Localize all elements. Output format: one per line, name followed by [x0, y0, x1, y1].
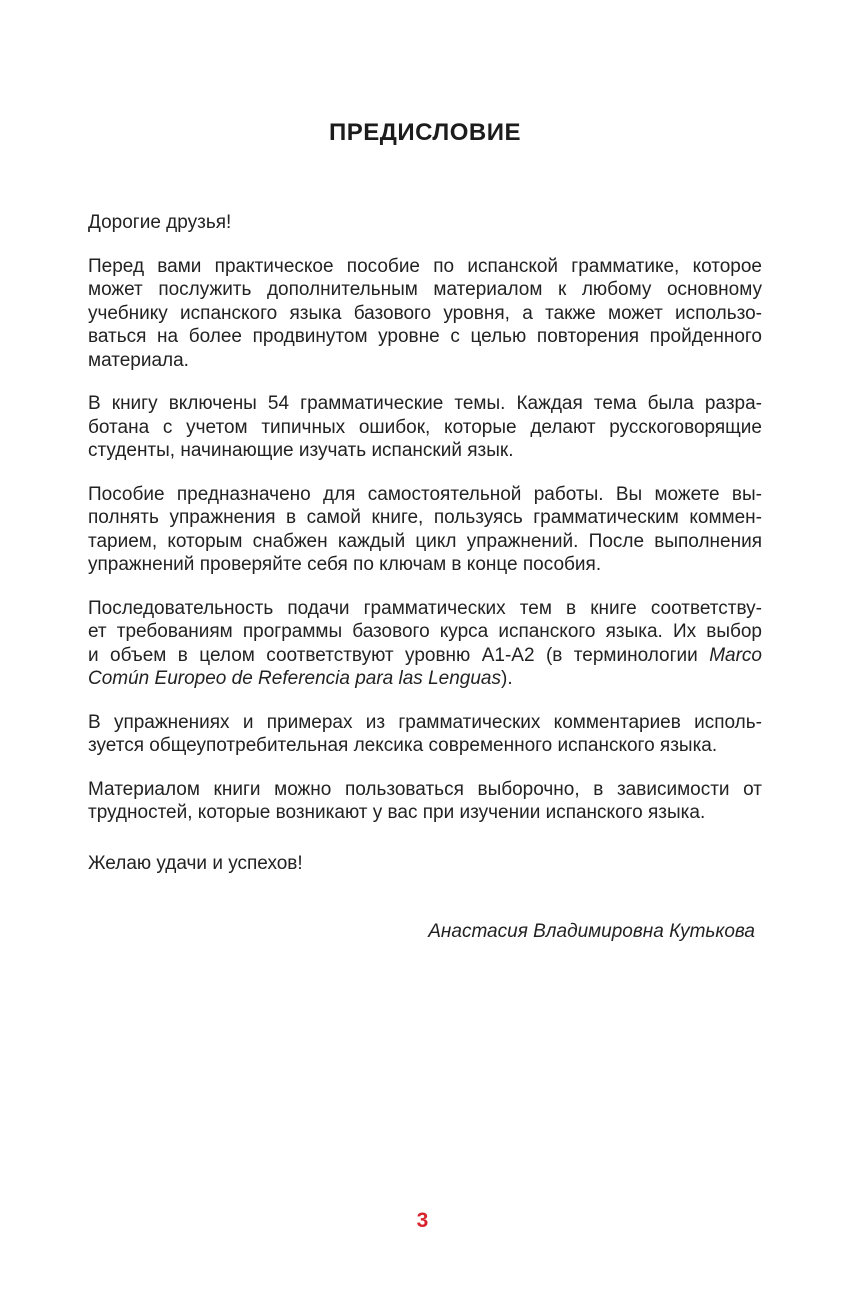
paragraph: Последовательность подачи грамматических… — [88, 597, 762, 691]
greeting-line: Дорогие друзья! — [88, 211, 762, 235]
text-line: учебнику испанского языка базового уровн… — [88, 302, 762, 326]
text-line: зуется общеупотребительная лексика совре… — [88, 734, 762, 758]
text-segment: студенты, начинающие изучать испанский я… — [88, 440, 513, 461]
preface-paragraphs: Перед вами практическое пособие по испан… — [88, 255, 762, 825]
text-line: материала. — [88, 349, 762, 373]
text-segment: полнять упражнения в самой книге, пользу… — [88, 507, 762, 528]
preface-content: ПРЕДИСЛОВИЕ Дорогие друзья! Перед вами п… — [88, 0, 762, 944]
text-segment: и объем в целом соответствуют уровню A1-… — [88, 645, 709, 666]
book-page: ПРЕДИСЛОВИЕ Дорогие друзья! Перед вами п… — [0, 0, 845, 1312]
italic-segment: Marco — [709, 645, 762, 666]
text-segment: Пособие предназначено для самостоятельно… — [88, 484, 762, 505]
page-title: ПРЕДИСЛОВИЕ — [88, 119, 762, 147]
text-line: ваться на более продвинутом уровне с цел… — [88, 325, 762, 349]
text-line: тарием, которым снабжен каждый цикл упра… — [88, 530, 762, 554]
text-line: Común Europeo de Referencia para las Len… — [88, 667, 762, 691]
text-segment: материала. — [88, 350, 189, 371]
paragraph: В книгу включены 54 грамматические темы.… — [88, 392, 762, 463]
paragraph: Пособие предназначено для самостоятельно… — [88, 483, 762, 577]
text-line: может послужить дополнительным материало… — [88, 278, 762, 302]
text-segment: тарием, которым снабжен каждый цикл упра… — [88, 531, 762, 552]
text-line: студенты, начинающие изучать испанский я… — [88, 439, 762, 463]
text-line: Последовательность подачи грамматических… — [88, 597, 762, 621]
text-line: полнять упражнения в самой книге, пользу… — [88, 506, 762, 530]
text-line: ботана с учетом типичных ошибок, которые… — [88, 416, 762, 440]
italic-segment: Común Europeo de Referencia para las Len… — [88, 668, 501, 689]
text-line: В книгу включены 54 грамматические темы.… — [88, 392, 762, 416]
text-segment: Перед вами практическое пособие по испан… — [88, 256, 762, 277]
paragraph: В упражнениях и примерах из грамматическ… — [88, 711, 762, 758]
text-segment: упражнений проверяйте себя по ключам в к… — [88, 554, 601, 575]
text-segment: В книгу включены 54 грамматические темы.… — [88, 393, 762, 414]
closing-line: Желаю удачи и успехов! — [88, 852, 762, 876]
text-segment: может послужить дополнительным материало… — [88, 279, 762, 300]
text-segment: ет требованиям программы базового курса … — [88, 621, 762, 642]
text-line: Материалом книги можно пользоваться выбо… — [88, 778, 762, 802]
text-line: упражнений проверяйте себя по ключам в к… — [88, 553, 762, 577]
paragraph: Материалом книги можно пользоваться выбо… — [88, 778, 762, 825]
text-line: и объем в целом соответствуют уровню A1-… — [88, 644, 762, 668]
author-signature: Анастасия Владимировна Кутькова — [88, 920, 762, 944]
text-segment: В упражнениях и примерах из грамматическ… — [88, 712, 762, 733]
text-segment: учебнику испанского языка базового уровн… — [88, 303, 762, 324]
text-segment: трудностей, которые возникают у вас при … — [88, 802, 705, 823]
paragraph: Перед вами практическое пособие по испан… — [88, 255, 762, 373]
text-line: ет требованиям программы базового курса … — [88, 620, 762, 644]
text-line: В упражнениях и примерах из грамматическ… — [88, 711, 762, 735]
text-segment: Последовательность подачи грамматических… — [88, 598, 762, 619]
text-line: Пособие предназначено для самостоятельно… — [88, 483, 762, 507]
text-segment: зуется общеупотребительная лексика совре… — [88, 735, 717, 756]
page-number: 3 — [0, 1209, 845, 1233]
text-segment: ботана с учетом типичных ошибок, которые… — [88, 417, 762, 438]
text-segment: Материалом книги можно пользоваться выбо… — [88, 779, 762, 800]
text-line: трудностей, которые возникают у вас при … — [88, 801, 762, 825]
text-segment: ваться на более продвинутом уровне с цел… — [88, 326, 762, 347]
text-segment: ). — [501, 668, 513, 689]
text-line: Перед вами практическое пособие по испан… — [88, 255, 762, 279]
